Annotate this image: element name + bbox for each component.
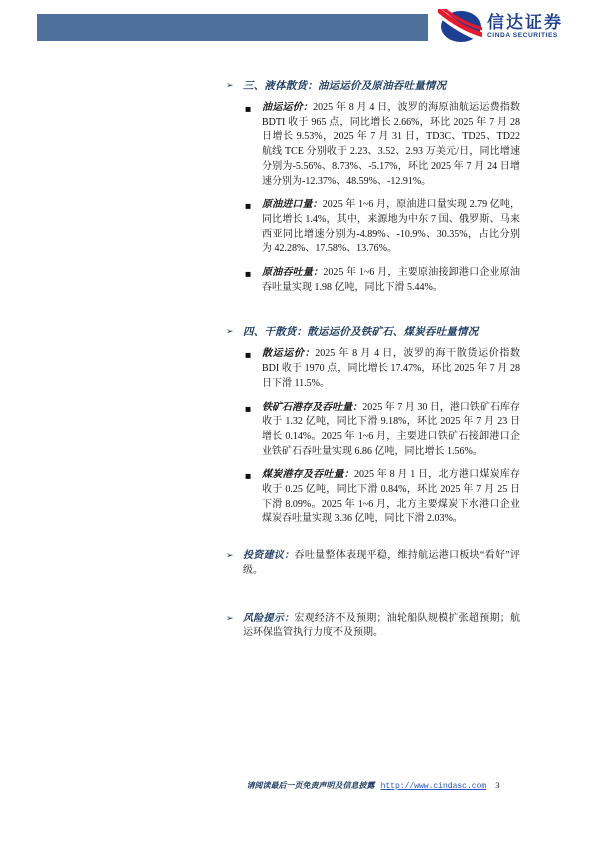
bullet-paragraph: 原油进口量：2025 年 1~6 月，原油进口量实现 2.79 亿吨，同比增长 … [262, 198, 520, 257]
risk-paragraph: 风险提示：宏观经济不及预期；油轮船队规模扩张超预期；航运环保监管执行力度不及预期… [243, 612, 520, 641]
arrow-bullet-icon: ➢ [226, 79, 243, 94]
square-bullet-icon: ■ [245, 266, 262, 295]
brand-text: 信达证券 CINDA SECURITIES [487, 14, 563, 40]
risk-notice: ➢ 风险提示：宏观经济不及预期；油轮船队规模扩张超预期；航运环保监管执行力度不及… [226, 612, 520, 641]
page-number: 3 [495, 780, 499, 790]
bullet-paragraph: 散运运价：2025 年 8 月 4 日，波罗的海干散货运价指数 BDI 收于 1… [262, 347, 520, 391]
cinda-swoosh-icon [438, 9, 482, 44]
section3-title: 三、液体散货：油运运价及原油吞吐量情况 [243, 79, 446, 94]
square-bullet-icon: ■ [245, 468, 262, 527]
bullet-paragraph: 原油吞吐量：2025 年 1~6 月，主要原油接卸港口企业原油吞吐量实现 1.9… [262, 266, 520, 295]
investment-advice: ➢ 投资建议：吞吐量整体表现平稳，维持航运港口板块“看好”评级。 [226, 549, 520, 578]
bullet-label: 油运运价： [262, 102, 313, 113]
section4-title: 四、干散货：散运运价及铁矿石、煤炭吞吐量情况 [243, 325, 478, 340]
arrow-bullet-icon: ➢ [226, 325, 243, 340]
bullet-coal: ■ 煤炭港存及吞吐量：2025 年 8 月 1 日，北方港口煤炭库存收于 0.2… [245, 459, 520, 527]
bullet-label: 散运运价： [262, 348, 315, 359]
brand-name-cn: 信达证券 [487, 14, 563, 31]
square-bullet-icon: ■ [245, 347, 262, 391]
advice-paragraph: 投资建议：吞吐量整体表现平稳，维持航运港口板块“看好”评级。 [243, 549, 520, 578]
page-footer: 请阅读最后一页免责声明及信息披露 http://www.cindasc.com … [226, 780, 520, 791]
report-body: ➢ 三、液体散货：油运运价及原油吞吐量情况 ■ 油运运价：2025 年 8 月 … [226, 79, 520, 648]
bullet-label: 煤炭港存及吞吐量： [262, 469, 354, 480]
brand-name-en: CINDA SECURITIES [487, 33, 563, 40]
square-bullet-icon: ■ [245, 401, 262, 460]
bullet-crude-throughput: ■ 原油吞吐量：2025 年 1~6 月，主要原油接卸港口企业原油吞吐量实现 1… [245, 257, 520, 295]
bullet-paragraph: 煤炭港存及吞吐量：2025 年 8 月 1 日，北方港口煤炭库存收于 0.25 … [262, 468, 520, 527]
arrow-bullet-icon: ➢ [226, 612, 243, 641]
section4-heading: ➢ 四、干散货：散运运价及铁矿石、煤炭吞吐量情况 [226, 325, 520, 340]
square-bullet-icon: ■ [245, 101, 262, 189]
bullet-label: 原油吞吐量： [262, 267, 323, 278]
bullet-paragraph: 油运运价：2025 年 8 月 4 日，波罗的海原油航运运费指数 BDTI 收于… [262, 101, 520, 189]
square-bullet-icon: ■ [245, 198, 262, 257]
risk-label: 风险提示： [243, 613, 294, 624]
header-bar [37, 14, 428, 41]
bullet-text: 2025 年 8 月 4 日，波罗的海原油航运运费指数 BDTI 收于 965 … [262, 102, 520, 187]
company-logo: 信达证券 CINDA SECURITIES [438, 9, 563, 44]
footer-url-link[interactable]: http://www.cindasc.com [381, 782, 487, 791]
bullet-label: 铁矿石港存及吞吐量： [262, 402, 362, 413]
bullet-crude-imports: ■ 原油进口量：2025 年 1~6 月，原油进口量实现 2.79 亿吨，同比增… [245, 189, 520, 257]
report-page: 信达证券 CINDA SECURITIES ➢ 三、液体散货：油运运价及原油吞吐… [0, 0, 595, 841]
bullet-iron-ore: ■ 铁矿石港存及吞吐量：2025 年 7 月 30 日，港口铁矿石库存收于 1.… [245, 392, 520, 460]
footer-disclaimer: 请阅读最后一页免责声明及信息披露 [247, 780, 375, 791]
advice-label: 投资建议： [243, 550, 295, 561]
bullet-paragraph: 铁矿石港存及吞吐量：2025 年 7 月 30 日，港口铁矿石库存收于 1.32… [262, 401, 520, 460]
bullet-dry-bulk-freight: ■ 散运运价：2025 年 8 月 4 日，波罗的海干散货运价指数 BDI 收于… [245, 347, 520, 391]
section3-heading: ➢ 三、液体散货：油运运价及原油吞吐量情况 [226, 79, 520, 94]
arrow-bullet-icon: ➢ [226, 549, 243, 578]
bullet-label: 原油进口量： [262, 199, 323, 210]
bullet-oil-freight: ■ 油运运价：2025 年 8 月 4 日，波罗的海原油航运运费指数 BDTI … [245, 101, 520, 189]
